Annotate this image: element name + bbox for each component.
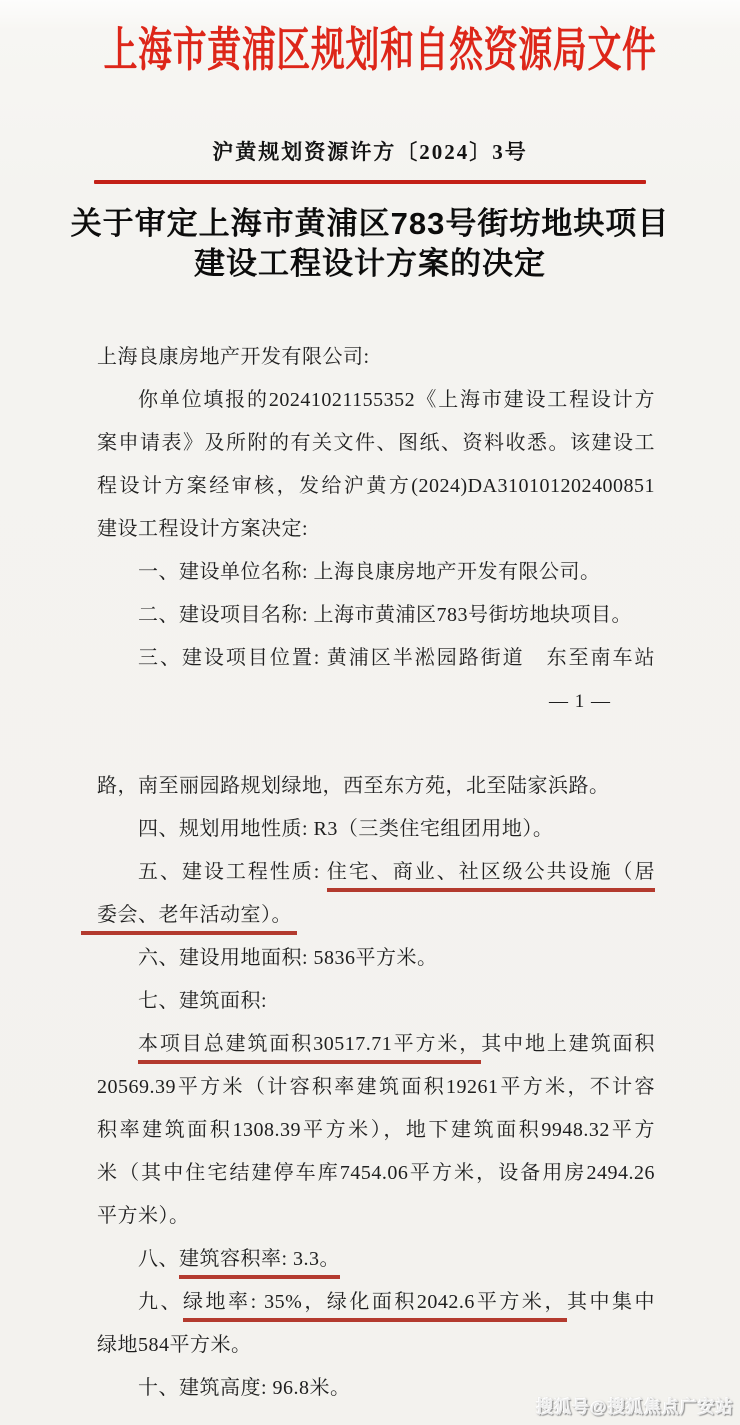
text-segment: 七、建筑面积: (138, 990, 267, 1012)
document-line: 三、建设项目位置: 黄浦区半淞园路街道 东至南车站 (97, 637, 655, 680)
document-body: 上海良康房地产开发有限公司:你单位填报的20241021155352《上海市建设… (0, 336, 740, 1410)
document-line: 积率建筑面积1308.39平方米），地下建筑面积9948.32平方 (97, 1109, 655, 1152)
document-line: 路，南至丽园路规划绿地，西至东方苑，北至陆家浜路。 (97, 765, 655, 808)
document-line: 委会、老年活动室）。 (97, 894, 655, 937)
text-segment: 上海良康房地产开发有限公司: (97, 346, 370, 368)
watermark: 搜狐号@搜狐焦点广安站 (536, 1393, 734, 1418)
underlined-text: 本项目总建筑面积30517.71平方米， (138, 1033, 481, 1064)
text-segment: 程设计方案经审核，发给沪黄方(2024)DA310101202400851 (97, 475, 655, 497)
document-title-line1: 关于审定上海市黄浦区783号街坊地块项目 (0, 204, 740, 244)
document-page: 上海市黄浦区规划和自然资源局文件 沪黄规划资源许方〔2024〕3号 关于审定上海… (0, 0, 740, 1425)
text-segment: 八、 (138, 1248, 179, 1270)
document-line: 七、建筑面积: (97, 980, 655, 1023)
underlined-text: 住宅、商业、社区级公共设施（居 (327, 861, 655, 892)
agency-title: 上海市黄浦区规划和自然资源局文件 (104, 26, 637, 74)
text-segment: 平方米）。 (97, 1205, 190, 1227)
document-line: 四、规划用地性质: R3（三类住宅组团用地）。 (97, 808, 655, 851)
document-line: 案申请表》及所附的有关文件、图纸、资料收悉。该建设工 (97, 422, 655, 465)
text-segment: 其中地上建筑面积 (481, 1033, 655, 1055)
document-line: 你单位填报的20241021155352《上海市建设工程设计方 (97, 379, 655, 422)
red-divider-line (94, 180, 646, 184)
text-segment: 绿地584平方米。 (97, 1334, 252, 1356)
document-line: 平方米）。 (97, 1195, 655, 1238)
text-segment: 积率建筑面积1308.39平方米），地下建筑面积9948.32平方 (97, 1119, 655, 1141)
doc-number: 沪黄规划资源许方〔2024〕3号 (0, 138, 740, 166)
document-line: 二、建设项目名称: 上海市黄浦区783号街坊地块项目。 (97, 594, 655, 637)
document-line: 上海良康房地产开发有限公司: (97, 336, 655, 379)
document-line: 程设计方案经审核，发给沪黄方(2024)DA310101202400851 (97, 465, 655, 508)
text-segment: 六、建设用地面积: 5836平方米。 (138, 947, 438, 969)
page-number-line: — 1 — (97, 680, 655, 723)
text-segment: 四、规划用地性质: R3（三类住宅组团用地）。 (138, 818, 553, 840)
document-title-line2: 建设工程设计方案的决定 (0, 244, 740, 284)
text-segment: 九、 (138, 1291, 183, 1313)
document-line: 六、建设用地面积: 5836平方米。 (97, 937, 655, 980)
text-segment: 二、建设项目名称: 上海市黄浦区783号街坊地块项目。 (138, 604, 632, 626)
document-line: 20569.39平方米（计容积率建筑面积19261平方米，不计容 (97, 1066, 655, 1109)
text-segment: 路，南至丽园路规划绿地，西至东方苑，北至陆家浜路。 (97, 775, 610, 797)
underlined-text: 委会、老年活动室）。 (81, 904, 297, 935)
text-segment: 五、建设工程性质: (138, 861, 327, 883)
document-line: 一、建设单位名称: 上海良康房地产开发有限公司。 (97, 551, 655, 594)
page-break-gap (97, 723, 655, 765)
text-segment: 案申请表》及所附的有关文件、图纸、资料收悉。该建设工 (97, 432, 655, 454)
text-segment: 建设工程设计方案决定: (97, 518, 308, 540)
page-number: — 1 — (549, 691, 611, 712)
document-line: 绿地584平方米。 (97, 1324, 655, 1367)
text-segment: 你单位填报的20241021155352《上海市建设工程设计方 (138, 389, 655, 411)
document-line: 五、建设工程性质: 住宅、商业、社区级公共设施（居 (97, 851, 655, 894)
document-line: 九、绿地率: 35%，绿化面积2042.6平方米，其中集中 (97, 1281, 655, 1324)
text-segment: 十、建筑高度: 96.8米。 (138, 1377, 351, 1399)
document-line: 建设工程设计方案决定: (97, 508, 655, 551)
document-line: 八、建筑容积率: 3.3。 (97, 1238, 655, 1281)
text-segment: 20569.39平方米（计容积率建筑面积19261平方米，不计容 (97, 1076, 655, 1098)
text-segment: 三、建设项目位置: 黄浦区半淞园路街道 东至南车站 (138, 647, 655, 669)
document-line: 本项目总建筑面积30517.71平方米，其中地上建筑面积 (97, 1023, 655, 1066)
underlined-text: 绿地率: 35%，绿化面积2042.6平方米， (183, 1291, 567, 1322)
text-segment: 其中集中 (567, 1291, 655, 1313)
document-title: 关于审定上海市黄浦区783号街坊地块项目 建设工程设计方案的决定 (0, 204, 740, 284)
document-line: 米（其中住宅结建停车库7454.06平方米，设备用房2494.26 (97, 1152, 655, 1195)
text-segment: 一、建设单位名称: 上海良康房地产开发有限公司。 (138, 561, 601, 583)
underlined-text: 建筑容积率: 3.3。 (179, 1248, 340, 1279)
text-segment: 米（其中住宅结建停车库7454.06平方米，设备用房2494.26 (97, 1162, 655, 1184)
